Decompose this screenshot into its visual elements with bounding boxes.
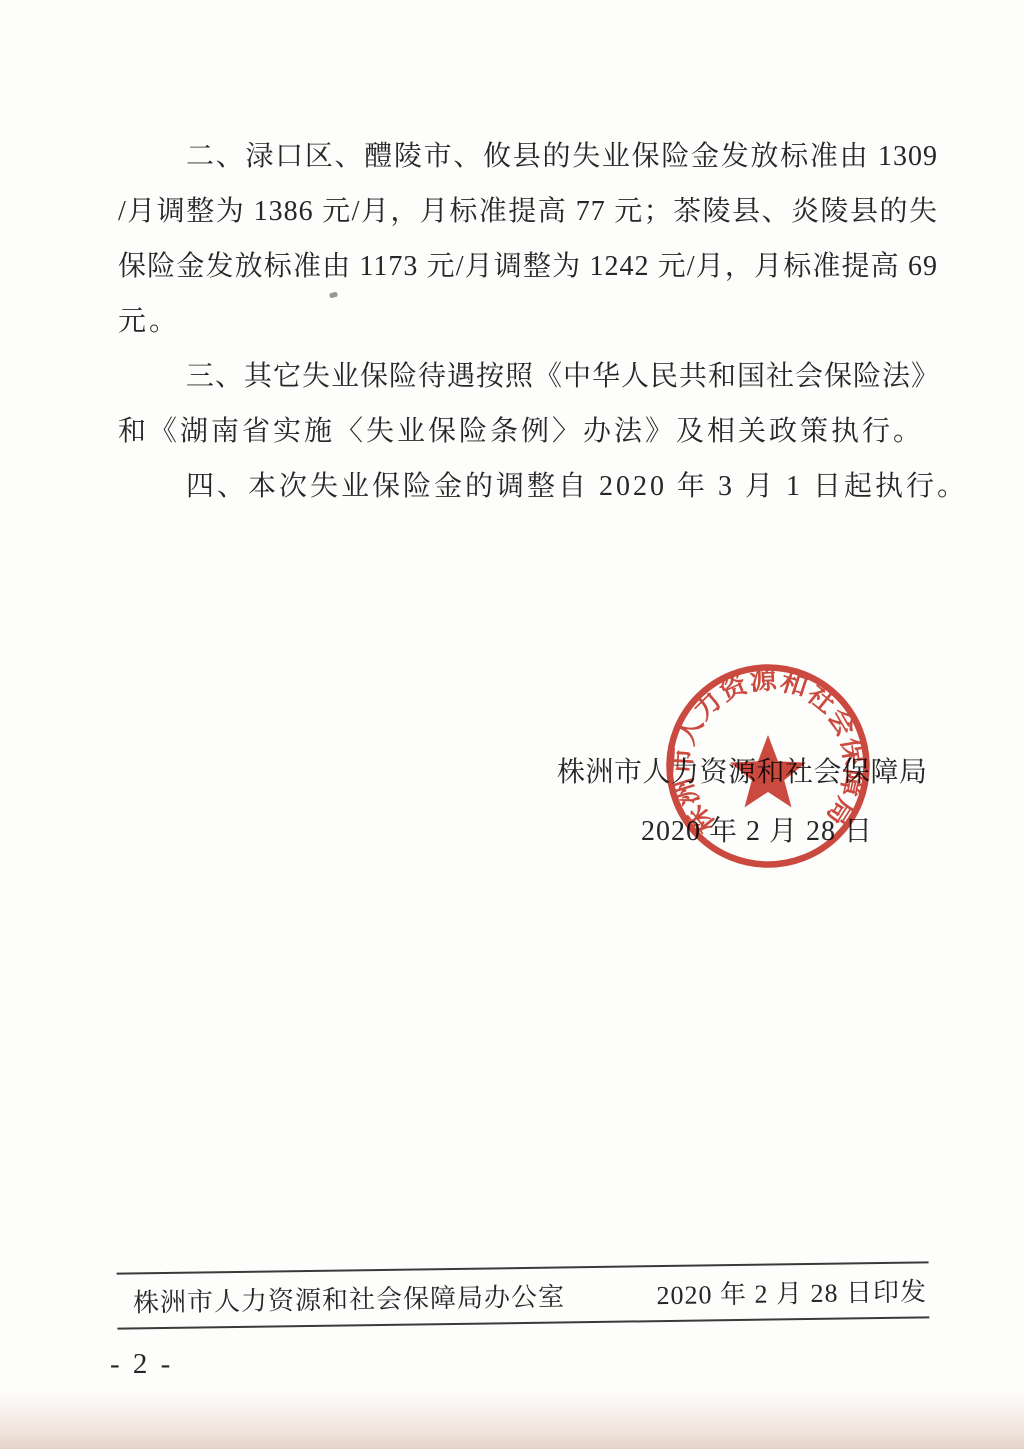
body-line: /月调整为 1386 元/月，月标准提高 77 元；茶陵县、炎陵县的失业 — [118, 184, 938, 239]
signature-agency: 株洲市人力资源和社会保障局 — [557, 753, 928, 793]
signature-date: 2020 年 2 月 28 日 — [641, 812, 873, 852]
body-line: 和《湖南省实施〈失业保险条例〉办法》及相关政策执行。 — [118, 404, 938, 459]
body-line: 元。 — [118, 294, 938, 349]
scan-shadow — [0, 1391, 1024, 1449]
body-line: 三、其它失业保险待遇按照《中华人民共和国社会保险法》 — [118, 349, 938, 404]
document-body: 二、渌口区、醴陵市、攸县的失业保险金发放标准由 1309 元 /月调整为 138… — [118, 129, 938, 514]
body-line: 保险金发放标准由 1173 元/月调整为 1242 元/月，月标准提高 69 — [118, 239, 938, 294]
body-line: 四、本次失业保险金的调整自 2020 年 3 月 1 日起执行。 — [118, 459, 938, 514]
footer-rule-block: 株洲市人力资源和社会保障局办公室 2020 年 2 月 28 日印发 — [117, 1261, 930, 1329]
document-page: 二、渌口区、醴陵市、攸县的失业保险金发放标准由 1309 元 /月调整为 138… — [0, 0, 1024, 1449]
page-number: - 2 - — [110, 1348, 173, 1381]
footer-print-date: 2020 年 2 月 28 日印发 — [656, 1271, 929, 1312]
body-line: 二、渌口区、醴陵市、攸县的失业保险金发放标准由 1309 元 — [118, 129, 938, 184]
footer-office: 株洲市人力资源和社会保障局办公室 — [117, 1276, 565, 1319]
